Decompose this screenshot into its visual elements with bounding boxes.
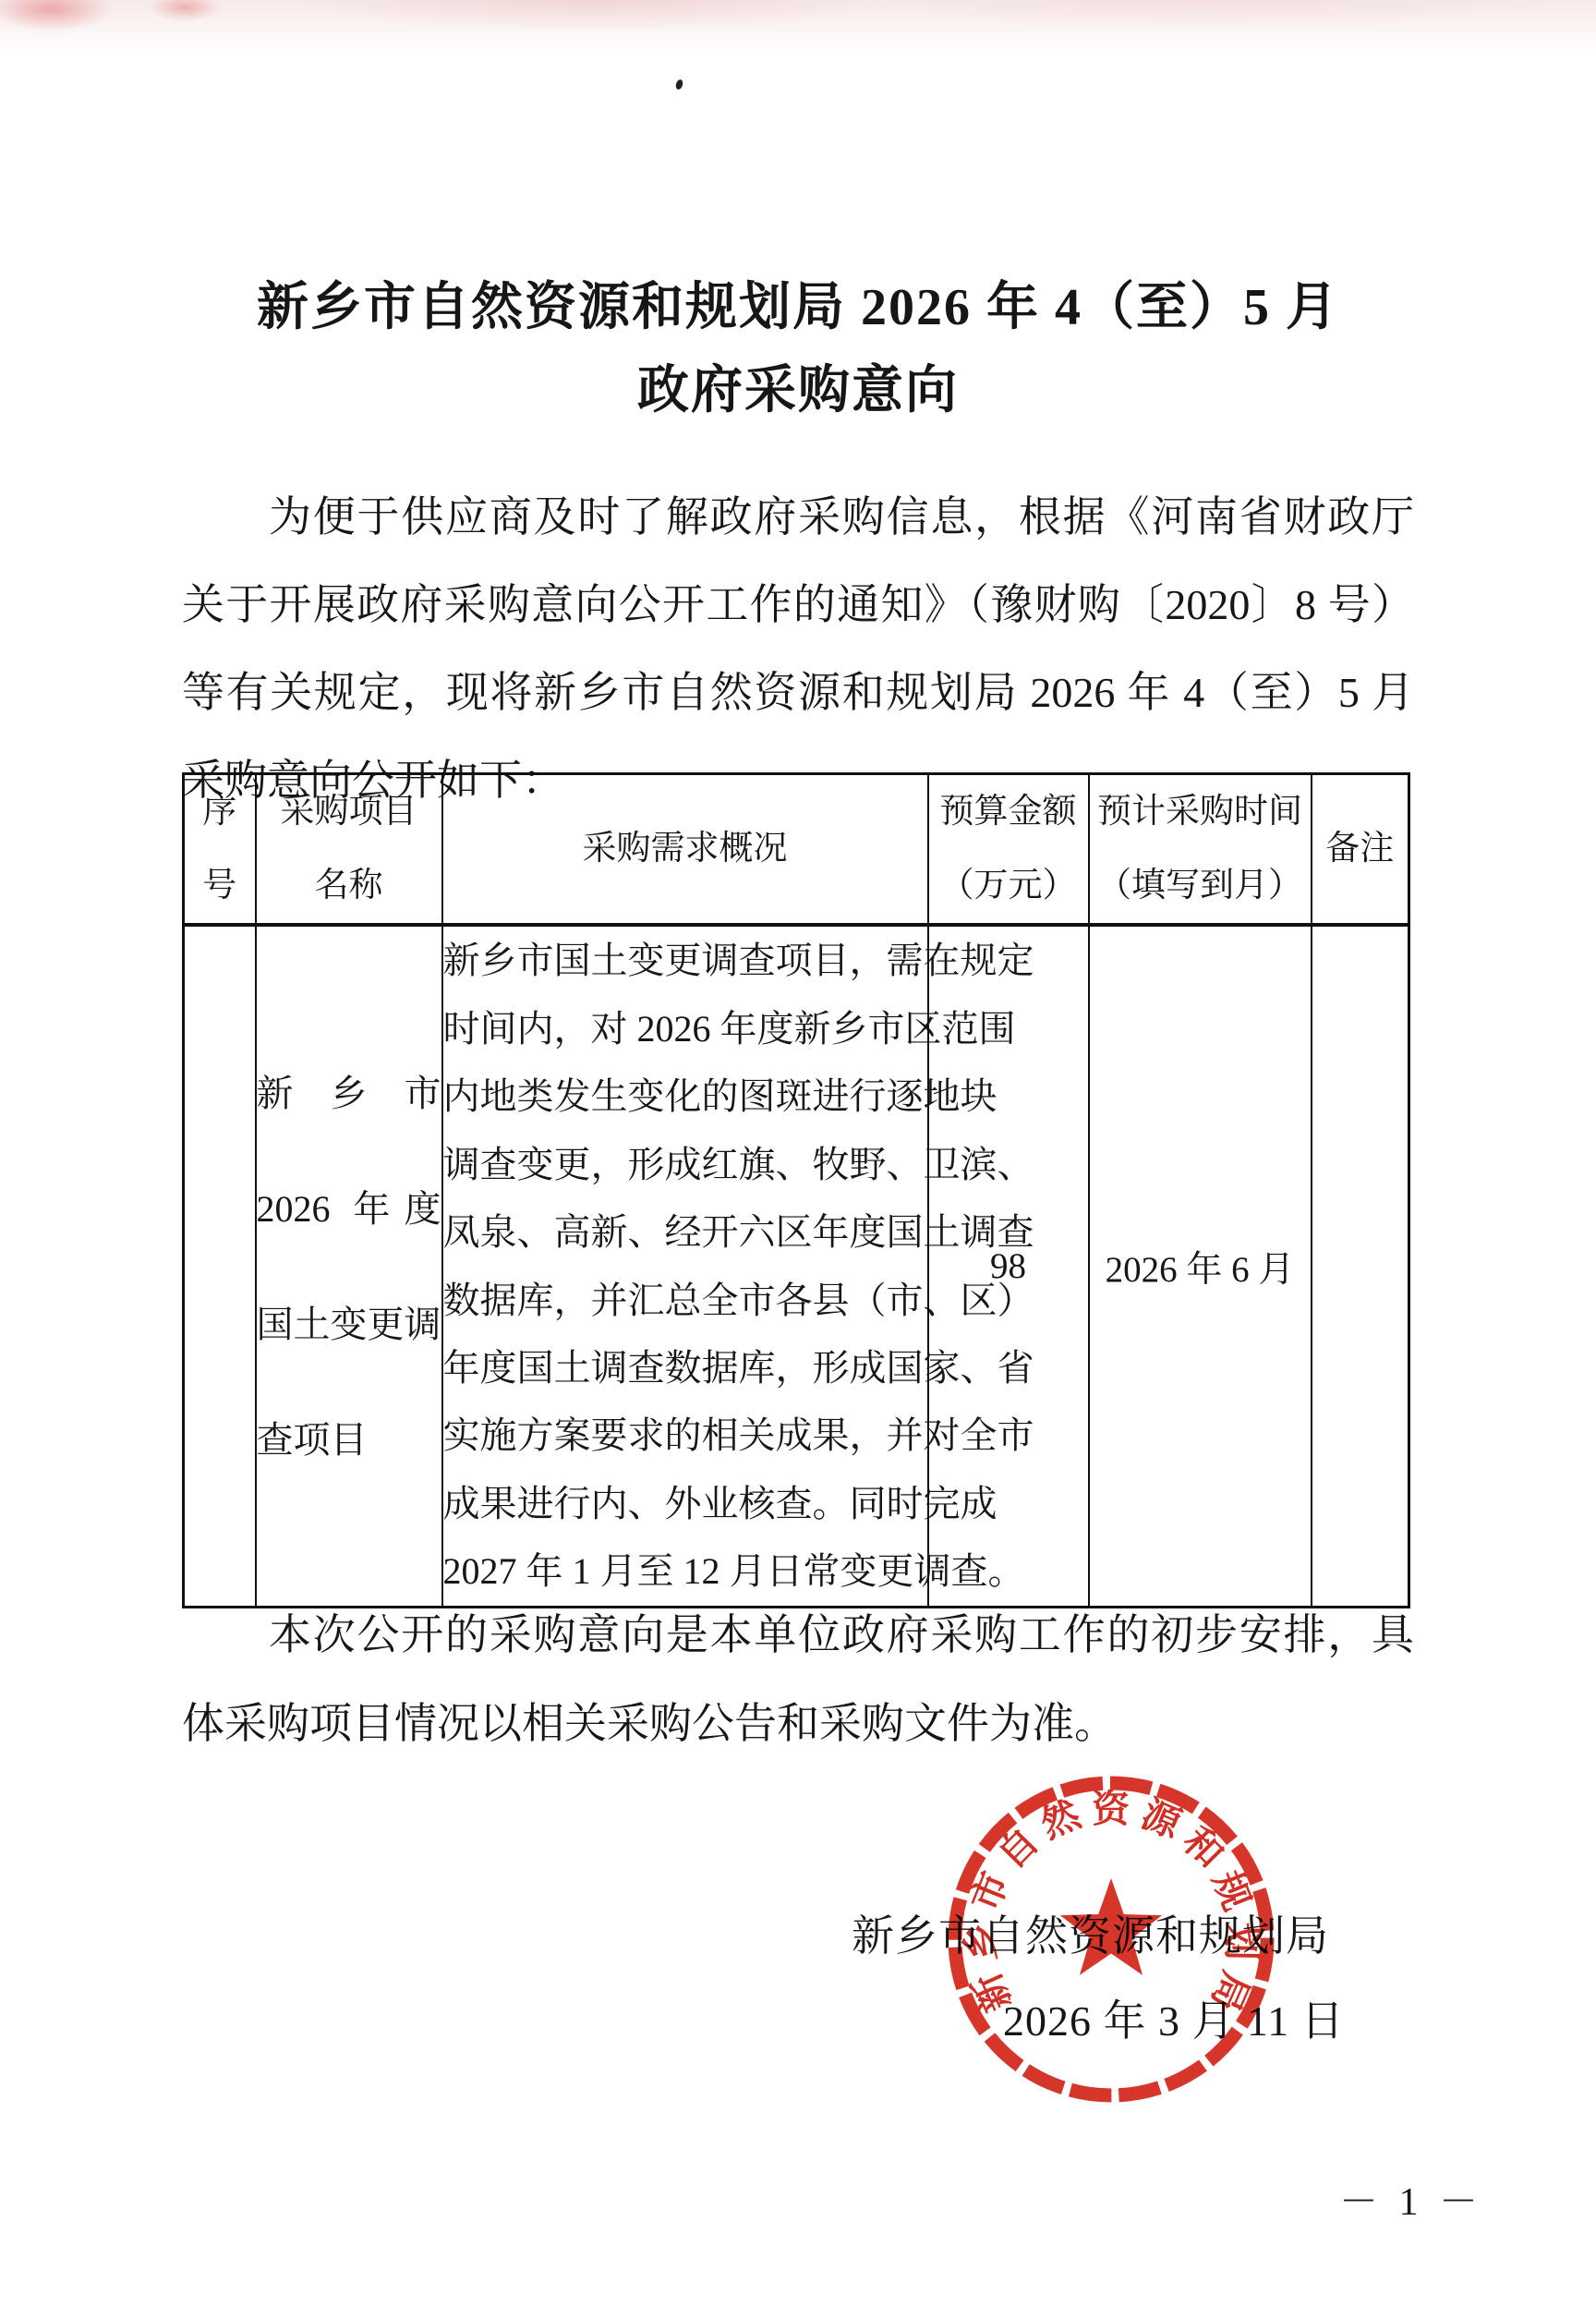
header-name: 采购项目 名称 (256, 774, 442, 926)
procurement-table: 序 号 采购项目 名称 采购需求概况 预算金额 （万元） 预计采购时间 （填写到… (182, 772, 1410, 1608)
closing-line: 本次公开的采购意向是本单位政府采购工作的初步安排，具 (182, 1591, 1414, 1680)
project-name-line: 查项目 (257, 1382, 441, 1498)
cell-project-name: 新乡市 2026 年度 国土变更调 查项目 (256, 925, 442, 1608)
table-row: 新乡市 2026 年度 国土变更调 查项目 新乡市国土变更调查项目，需在规定 时… (184, 925, 1409, 1608)
red-star-icon (1060, 1878, 1162, 1975)
intro-line: 关于开展政府采购意向公开工作的通知》（豫财购〔2020〕8 号） (182, 561, 1414, 649)
project-name-line: 国土变更调 (257, 1267, 441, 1382)
scan-artifact-top-edge (0, 0, 1596, 55)
cell-seq (184, 925, 256, 1608)
header-seq: 序 号 (184, 774, 256, 926)
doc-title-line1: 新乡市自然资源和规划局 2026 年 4（至）5 月 (182, 275, 1414, 340)
ink-speck (674, 79, 683, 91)
cell-time: 2026 年 6 月 (1089, 925, 1312, 1608)
requirement-line: 数据库，并汇总全市各县（市、区） (443, 1267, 927, 1334)
header-budget: 预算金额 （万元） (928, 774, 1089, 926)
header-time: 预计采购时间 （填写到月） (1089, 774, 1312, 926)
cell-remark (1312, 925, 1409, 1608)
document-page: 新乡市自然资源和规划局 2026 年 4（至）5 月 政府采购意向 为便于供应商… (0, 0, 1596, 2306)
closing-line: 体采购项目情况以相关采购公告和采购文件为准。 (182, 1680, 1414, 1768)
project-name-line: 新乡市 (257, 1036, 441, 1151)
requirement-line: 调查变更，形成红旗、牧野、卫滨、 (443, 1131, 927, 1198)
intro-line: 等有关规定，现将新乡市自然资源和规划局 2026 年 4（至）5 月 (182, 649, 1414, 736)
requirement-line: 内地类发生变化的图斑进行逐地块 (443, 1062, 927, 1130)
requirement-line: 新乡市国土变更调查项目，需在规定 (443, 927, 927, 994)
requirement-line: 实施方案要求的相关成果，并对全市 (443, 1402, 927, 1469)
requirement-line: 时间内，对 2026 年度新乡市区范围 (443, 995, 927, 1062)
official-seal: 新乡市自然资源和规划局 (935, 1763, 1288, 2116)
requirement-line: 成果进行内、外业核查。同时完成 (443, 1470, 927, 1537)
closing-paragraph: 本次公开的采购意向是本单位政府采购工作的初步安排，具 体采购项目情况以相关采购公… (182, 1591, 1414, 1768)
intro-paragraph: 为便于供应商及时了解政府采购信息，根据《河南省财政厅 关于开展政府采购意向公开工… (182, 473, 1414, 824)
table-header-row: 序 号 采购项目 名称 采购需求概况 预算金额 （万元） 预计采购时间 （填写到… (184, 774, 1409, 926)
page-number: － 1 － (1291, 2177, 1531, 2228)
project-name-line: 2026 年度 (257, 1151, 441, 1267)
doc-title-line2: 政府采购意向 (182, 358, 1414, 423)
cell-requirement: 新乡市国土变更调查项目，需在规定 时间内，对 2026 年度新乡市区范围 内地类… (442, 925, 928, 1608)
intro-line: 为便于供应商及时了解政府采购信息，根据《河南省财政厅 (182, 473, 1414, 561)
header-remark: 备注 (1312, 774, 1409, 926)
requirement-line: 年度国土调查数据库，形成国家、省 (443, 1334, 927, 1402)
requirement-line: 凤泉、高新、经开六区年度国土调查 (443, 1198, 927, 1266)
header-requirement: 采购需求概况 (442, 774, 928, 926)
